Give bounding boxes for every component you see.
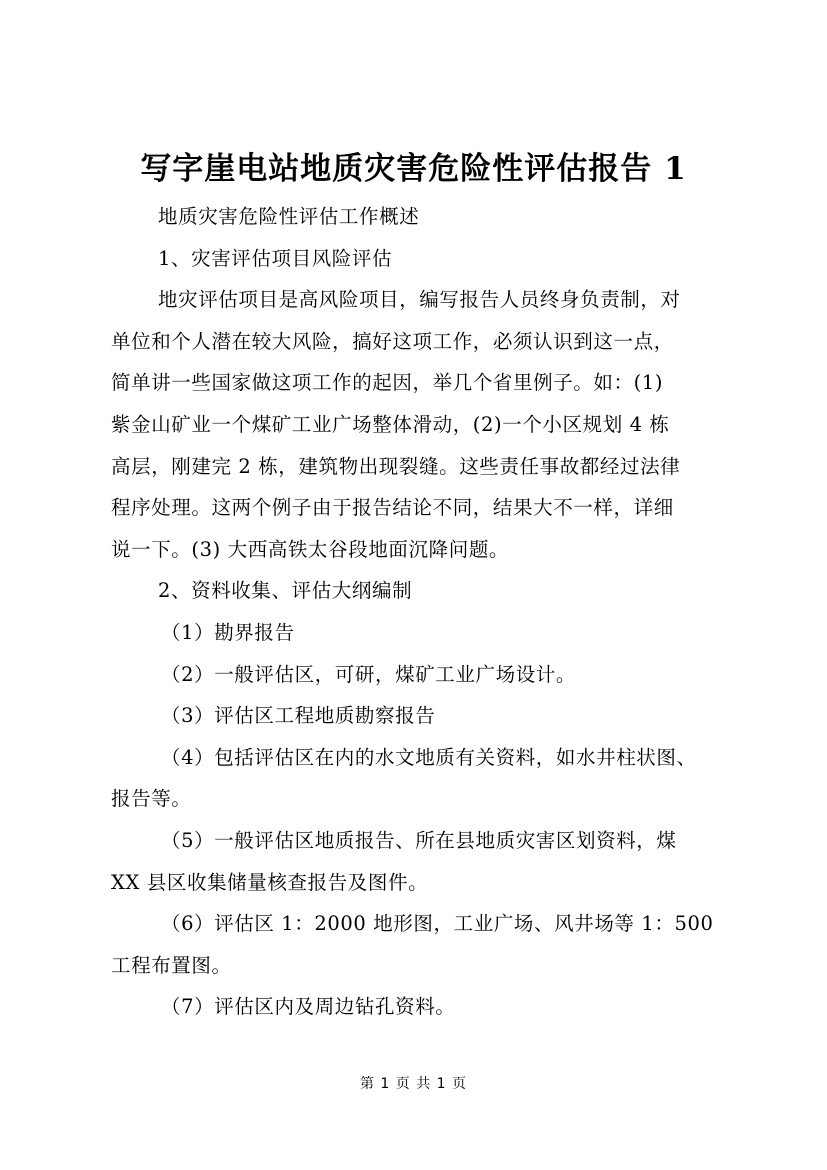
paragraph-line: 单位和个人潜在较大风险，搞好这项工作，必须认识到这一点， [111, 321, 731, 363]
document-page: 写字崖电站地质灾害危险性评估报告 1 地质灾害危险性评估工作概述 1、灾害评估项… [0, 0, 827, 1170]
paragraph-line: 程序处理。这两个例子由于报告结论不同，结果大不一样，详细 [111, 487, 731, 529]
subsection-heading-2: 2、资料收集、评估大纲编制 [111, 570, 731, 612]
document-title: 写字崖电站地质灾害危险性评估报告 1 [0, 147, 827, 191]
paragraph-line: 说一下。(3) 大西高铁太谷段地面沉降问题。 [111, 529, 731, 571]
page-footer: 第 1 页 共 1 页 [0, 1074, 827, 1094]
list-item: （2）一般评估区，可研，煤矿工业广场设计。 [111, 654, 731, 696]
list-item-line: （6）评估区 1：2000 地形图，工业广场、风井场等 1：500 [111, 903, 731, 945]
paragraph-line: 简单讲一些国家做这项工作的起因，举几个省里例子。如：(1) [111, 362, 731, 404]
document-body: 地质灾害危险性评估工作概述 1、灾害评估项目风险评估 地灾评估项目是高风险项目，… [111, 196, 731, 1028]
list-item: （5）一般评估区地质报告、所在县地质灾害区划资料，煤 XX 县区收集储量核查报告… [111, 820, 731, 903]
subsection-heading-1: 1、灾害评估项目风险评估 [111, 238, 731, 280]
list-item-line: （5）一般评估区地质报告、所在县地质灾害区划资料，煤 [111, 820, 731, 862]
list-item-line: （4）包括评估区在内的水文地质有关资料，如水井柱状图、 [111, 737, 731, 779]
list-item-line: 报告等。 [111, 778, 731, 820]
list-item: （7）评估区内及周边钻孔资料。 [111, 986, 731, 1028]
paragraph-line: 紫金山矿业一个煤矿工业广场整体滑动，(2)一个小区规划 4 栋 [111, 404, 731, 446]
list-item: （4）包括评估区在内的水文地质有关资料，如水井柱状图、 报告等。 [111, 737, 731, 820]
list-item: （6）评估区 1：2000 地形图，工业广场、风井场等 1：500 工程布置图。 [111, 903, 731, 986]
list-item-line: 工程布置图。 [111, 945, 731, 987]
list-item: （1）勘界报告 [111, 612, 731, 654]
list-item-line: XX 县区收集储量核查报告及图件。 [111, 862, 731, 904]
section-heading: 地质灾害危险性评估工作概述 [111, 196, 731, 238]
paragraph-line: 地灾评估项目是高风险项目，编写报告人员终身负责制，对 [111, 279, 731, 321]
paragraph-risk-assessment: 地灾评估项目是高风险项目，编写报告人员终身负责制，对 单位和个人潜在较大风险，搞… [111, 279, 731, 570]
list-item: （3）评估区工程地质勘察报告 [111, 695, 731, 737]
paragraph-line: 高层，刚建完 2 栋，建筑物出现裂缝。这些责任事故都经过法律 [111, 446, 731, 488]
